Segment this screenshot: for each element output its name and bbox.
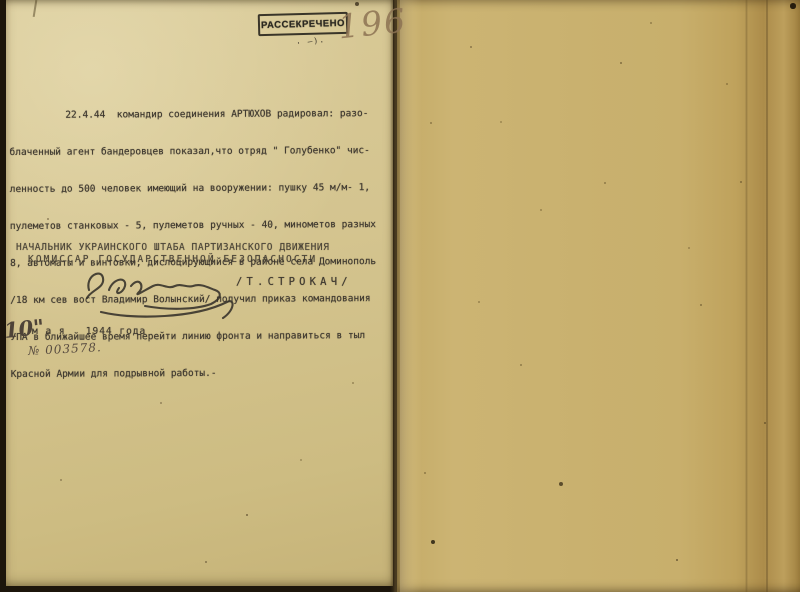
signer-title-line1: НАЧАЛЬНИК УКРАИНСКОГО ШТАБА ПАРТИЗАНСКОГ… <box>16 242 329 253</box>
scanned-document-spread: РАССЕКРЕЧЕНО · –). 196 22.4.44 командир … <box>0 0 800 592</box>
right-page-blank <box>397 0 800 592</box>
stamp-label: РАССЕКРЕЧЕНО <box>261 17 345 30</box>
typed-line: пулеметов станковых - 5, пулеметов ручны… <box>10 219 386 233</box>
book-gutter <box>390 0 399 592</box>
paper-specks <box>0 0 2 2</box>
typed-line: Красной Армии для подрывной работы.- <box>11 367 387 381</box>
handwritten-page-number: 196 <box>336 1 409 47</box>
typed-line: ленность до 500 человек имеющий на воору… <box>10 182 386 196</box>
typed-signer-name: /Т.СТРОКАЧ/ <box>236 276 352 288</box>
typed-line: 22.4.44 командир соединения АРТЮХОВ ради… <box>9 108 385 122</box>
typed-line: блаченный агент бандеровцев показал,что … <box>9 145 385 159</box>
typed-date: м а я 1944 года <box>32 326 146 337</box>
handwritten-signature <box>75 262 250 324</box>
declassified-stamp: РАССЕКРЕЧЕНО <box>258 12 349 36</box>
